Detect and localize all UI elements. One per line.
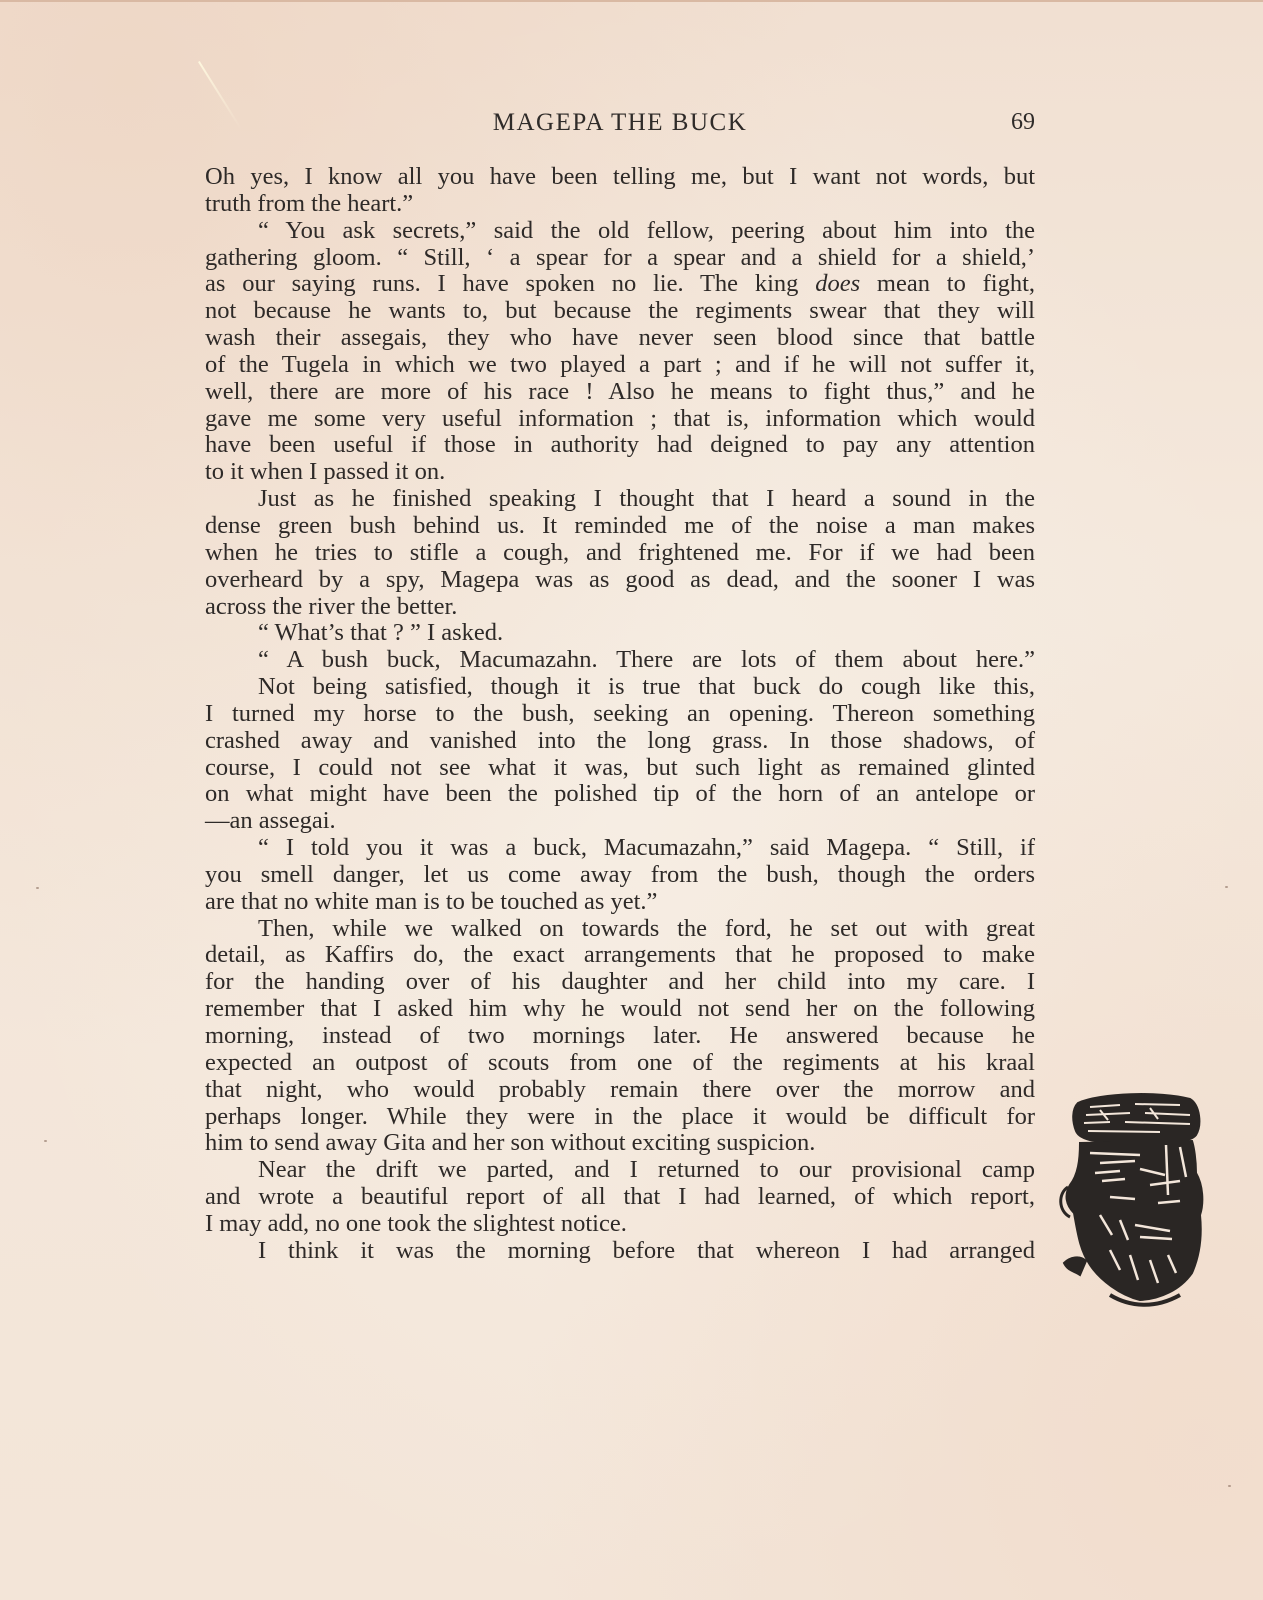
paper-speck: [44, 1140, 47, 1142]
text-line: dense green bush behind us. It reminded …: [205, 513, 1035, 540]
text-line: I turned my horse to the bush, seeking a…: [205, 701, 1035, 728]
text-line: I think it was the morning before that w…: [205, 1238, 1035, 1265]
text-fragment: mean to fight,: [860, 270, 1035, 297]
text-line: of the Tugela in which we two played a p…: [205, 352, 1035, 379]
text-line: well, there are more of his race ! Also …: [205, 379, 1035, 406]
italic-word: does: [815, 270, 860, 297]
text-line: wash their assegais, they who have never…: [205, 325, 1035, 352]
text-line: Just as he finished speaking I thought t…: [205, 486, 1035, 513]
text-line: to it when I passed it on.: [205, 459, 1035, 486]
text-line: crashed away and vanished into the long …: [205, 728, 1035, 755]
text-line: and wrote a beautiful report of all that…: [205, 1184, 1035, 1211]
text-line: “ A bush buck, Macumazahn. There are lot…: [205, 647, 1035, 674]
text-line: not because he wants to, but because the…: [205, 298, 1035, 325]
text-line: course, I could not see what it was, but…: [205, 755, 1035, 782]
text-line: you smell danger, let us come away from …: [205, 862, 1035, 889]
text-line: I may add, no one took the slightest not…: [205, 1211, 1035, 1238]
text-line: on what might have been the polished tip…: [205, 781, 1035, 808]
text-line: perhaps longer. While they were in the p…: [205, 1104, 1035, 1131]
text-line: him to send away Gita and her son withou…: [205, 1130, 1035, 1157]
text-line: gave me some very useful information ; t…: [205, 406, 1035, 433]
text-line: “ You ask secrets,” said the old fellow,…: [205, 218, 1035, 245]
text-line: are that no white man is to be touched a…: [205, 889, 1035, 916]
text-line: when he tries to stifle a cough, and fri…: [205, 540, 1035, 567]
text-line: that night, who would probably remain th…: [205, 1077, 1035, 1104]
text-fragment: as our saying runs. I have spoken no lie…: [205, 270, 815, 297]
page-number: 69: [1011, 109, 1035, 136]
paper-speck: [1225, 886, 1228, 888]
text-line: “ What’s that ? ” I asked.: [205, 620, 1035, 647]
text-line: as our saying runs. I have spoken no lie…: [205, 271, 1035, 298]
text-line: have been useful if those in authority h…: [205, 432, 1035, 459]
text-line: remember that I asked him why he would n…: [205, 996, 1035, 1023]
text-line: Then, while we walked on towards the for…: [205, 916, 1035, 943]
paper-speck: [1228, 1485, 1231, 1487]
page-top-edge: [0, 0, 1263, 2]
text-line: morning, instead of two mornings later. …: [205, 1023, 1035, 1050]
text-line: —an assegai.: [205, 808, 1035, 835]
text-line: overheard by a spy, Magepa was as good a…: [205, 567, 1035, 594]
text-line: detail, as Kaffirs do, the exact arrange…: [205, 942, 1035, 969]
text-line: across the river the better.: [205, 594, 1035, 621]
text-line: truth from the heart.”: [205, 191, 1035, 218]
text-line: expected an outpost of scouts from one o…: [205, 1050, 1035, 1077]
text-line: for the handing over of his daughter and…: [205, 969, 1035, 996]
text-line: gathering gloom. “ Still, ‘ a spear for …: [205, 245, 1035, 272]
body-text: Oh yes, I know all you have been telling…: [205, 164, 1035, 1265]
woodcut-head-icon: [1040, 1085, 1205, 1310]
running-head: MAGEPA THE BUCK 69: [205, 109, 1035, 139]
text-line: “ I told you it was a buck, Macumazahn,”…: [205, 835, 1035, 862]
text-line: Oh yes, I know all you have been telling…: [205, 164, 1035, 191]
running-title: MAGEPA THE BUCK: [205, 109, 1035, 137]
paper-speck: [36, 887, 39, 889]
text-line: Near the drift we parted, and I returned…: [205, 1157, 1035, 1184]
text-line: Not being satisfied, though it is true t…: [205, 674, 1035, 701]
